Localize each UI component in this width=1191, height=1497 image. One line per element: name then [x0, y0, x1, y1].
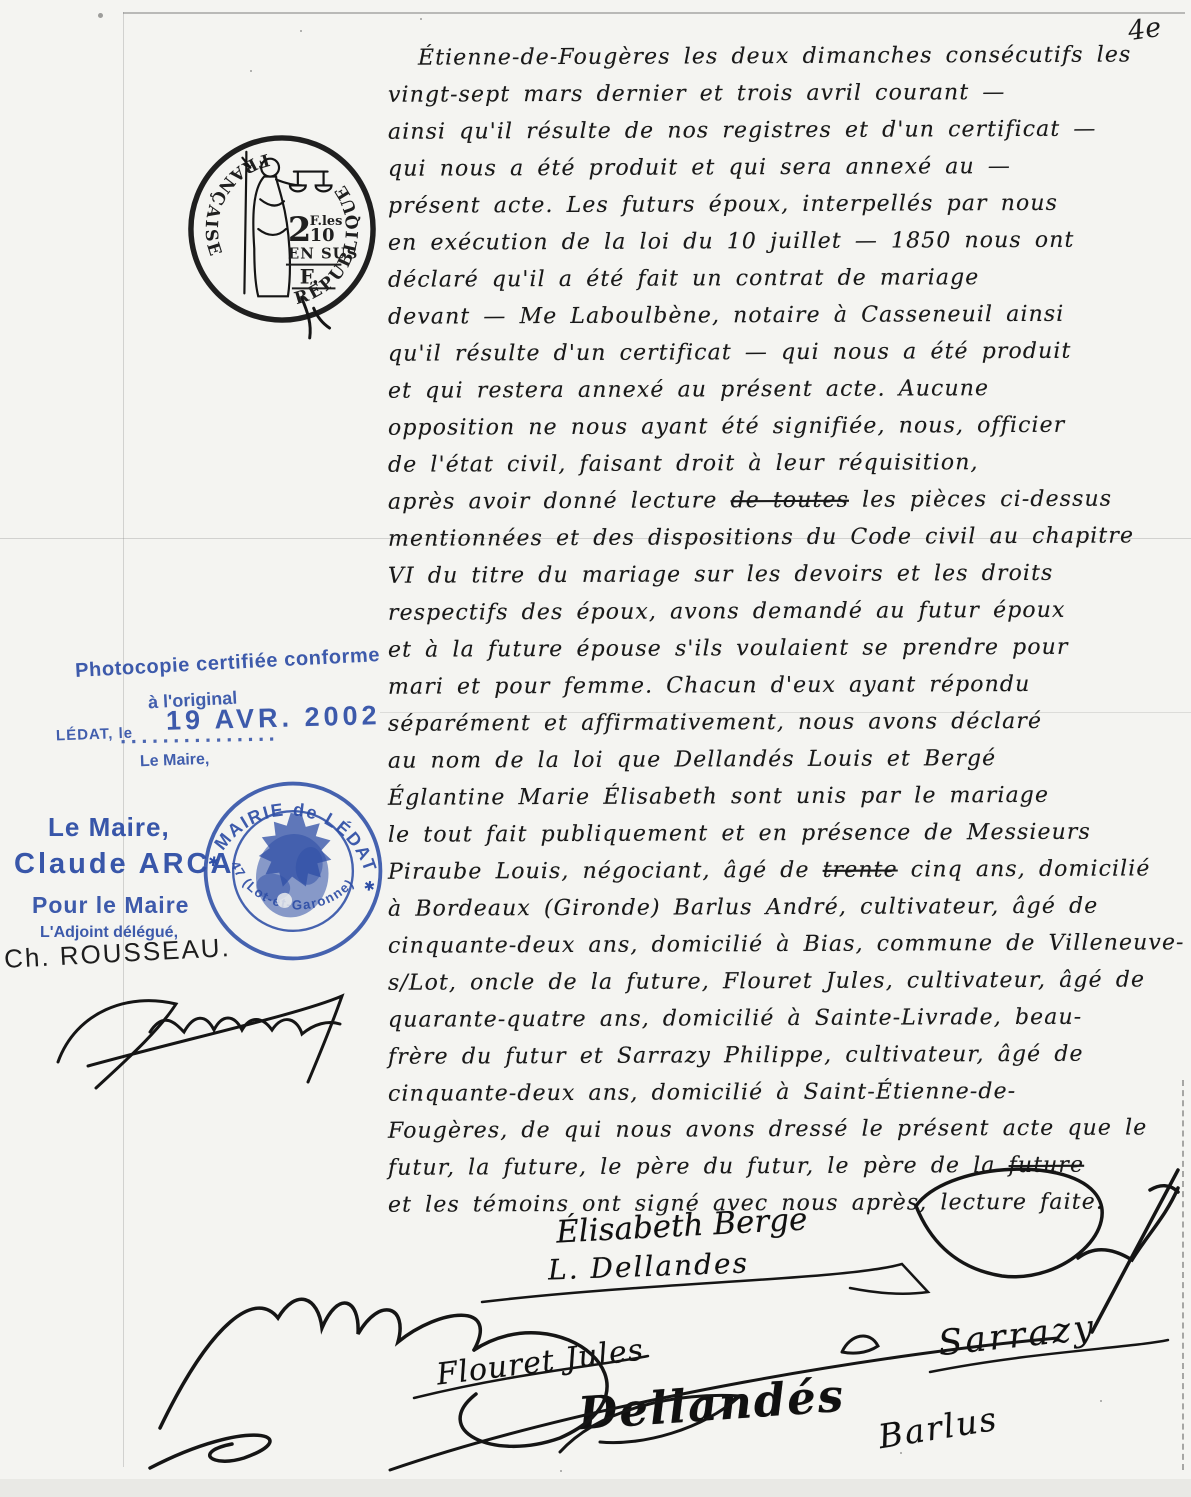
- manuscript-line: de l'état civil, faisant droit à leur ré…: [388, 443, 1188, 483]
- seal-star-right-icon: ✱: [362, 879, 375, 896]
- manuscript-line: devant — Me Laboulbène, notaire à Cassen…: [388, 295, 1188, 335]
- manuscript-line: respectifs des époux, avons demandé au f…: [388, 591, 1188, 631]
- manuscript-line: Fougères, de qui nous avons dressé le pr…: [388, 1109, 1188, 1149]
- manuscript-line: cinquante-deux ans, domicilié à Bias, co…: [388, 924, 1188, 964]
- manuscript-line: mari et pour femme. Chacun d'eux ayant r…: [388, 665, 1188, 705]
- manuscript-line: VI du titre du mariage sur les devoirs e…: [388, 554, 1188, 594]
- for-the-mayor-stamp: Pour le Maire: [32, 892, 189, 919]
- manuscript-line: et à la future épouse s'ils voulaient se…: [388, 628, 1188, 668]
- mairie-ledat-seal: MAIRIE de LÉDAT 47 (Lot-et-Garonne) ✱ ✱: [179, 762, 406, 981]
- fiscal-stamp-seal: RÉPUBLIQUE FRANÇAISE 2 F.les 10 EN SUS F: [183, 130, 381, 328]
- page-top-edge: [123, 12, 1185, 14]
- svg-text:EN SUS: EN SUS: [288, 245, 358, 263]
- manuscript-line: séparément et affirmativement, nous avon…: [388, 702, 1188, 742]
- scan-speckle: [250, 70, 252, 72]
- piraube-signature-flourish: [150, 1299, 607, 1468]
- certification-signer-label: Le Maire,: [140, 751, 210, 771]
- manuscript-line: présent acte. Les futurs époux, interpel…: [388, 184, 1188, 224]
- scan-speckle: [300, 30, 302, 32]
- rousseau-signature-flourish: [58, 996, 342, 1088]
- manuscript-line: vingt-sept mars dernier et trois avril c…: [388, 73, 1188, 113]
- signature-witness-flouret: Flouret Jules: [435, 1332, 646, 1392]
- manuscript-line: Églantine Marie Élisabeth sont unis par …: [388, 776, 1188, 816]
- seal-star-left-icon: ✱: [207, 854, 220, 871]
- scan-speckle: [1100, 1400, 1102, 1402]
- manuscript-line: Étienne-de-Fougères les deux dimanches c…: [388, 36, 1188, 76]
- manuscript-line: après avoir donné lecture de toutes les …: [388, 480, 1188, 520]
- manuscript-line: mentionnées et des dispositions du Code …: [388, 517, 1188, 557]
- svg-text:2: 2: [288, 209, 311, 249]
- manuscript-line: futur, la future, le père du futur, le p…: [388, 1146, 1188, 1186]
- manuscript-line: en exécution de la loi du 10 juillet — 1…: [388, 221, 1188, 261]
- manuscript-line: cinquante-deux ans, domicilié à Saint-Ét…: [388, 1072, 1188, 1112]
- manuscript-line: opposition ne nous ayant été signifiée, …: [388, 406, 1188, 446]
- svg-text:F.: F.: [300, 264, 319, 288]
- signature-witness-sarrazy: Sarrazy: [936, 1308, 1098, 1364]
- manuscript-line: déclaré qu'il a été fait un contrat de m…: [388, 258, 1188, 298]
- manuscript-line: frère du futur et Sarrazy Philippe, cult…: [388, 1035, 1188, 1075]
- manuscript-line: ainsi qu'il résulte de nos registres et …: [388, 110, 1188, 150]
- certification-dotted-line: ...............: [120, 721, 280, 750]
- mayor-title-stamp: Le Maire,: [48, 812, 170, 843]
- svg-text:10: 10: [310, 225, 335, 246]
- scanned-marriage-act-page: 4e RÉPUBLIQUE FRANÇAISE 2 F.le: [0, 0, 1191, 1497]
- manuscript-line: Piraube Louis, négociant, âgé de trente …: [388, 850, 1188, 890]
- certification-stamp-line1: Photocopie certifiée conforme: [75, 644, 381, 683]
- manuscript-line: qu'il résulte d'un certificat — qui nous…: [388, 332, 1188, 372]
- signature-witness-barlus: Barlus: [876, 1399, 1001, 1456]
- manuscript-line: le tout fait publiquement et en présence…: [388, 813, 1188, 853]
- manuscript-line: s/Lot, oncle de la future, Flouret Jules…: [388, 961, 1188, 1001]
- manuscript-text: Étienne-de-Fougères les deux dimanches c…: [388, 38, 1188, 1222]
- scanner-bottom-band: [0, 1479, 1191, 1497]
- scan-speckle: [98, 13, 103, 18]
- scan-speckle: [560, 1470, 562, 1472]
- manuscript-line: qui nous a été produit et qui sera annex…: [388, 147, 1188, 187]
- scan-speckle: [420, 18, 422, 20]
- manuscript-line: au nom de la loi que Dellandés Louis et …: [388, 739, 1188, 779]
- signature-groom: Dellandés: [576, 1369, 846, 1441]
- manuscript-line: quarante-quatre ans, domicilié à Sainte-…: [388, 998, 1188, 1038]
- manuscript-line: à Bordeaux (Gironde) Barlus André, culti…: [388, 887, 1188, 927]
- manuscript-line: et qui restera annexé au présent acte. A…: [388, 369, 1188, 409]
- signature-groom-father: L. Dellandes: [547, 1247, 749, 1287]
